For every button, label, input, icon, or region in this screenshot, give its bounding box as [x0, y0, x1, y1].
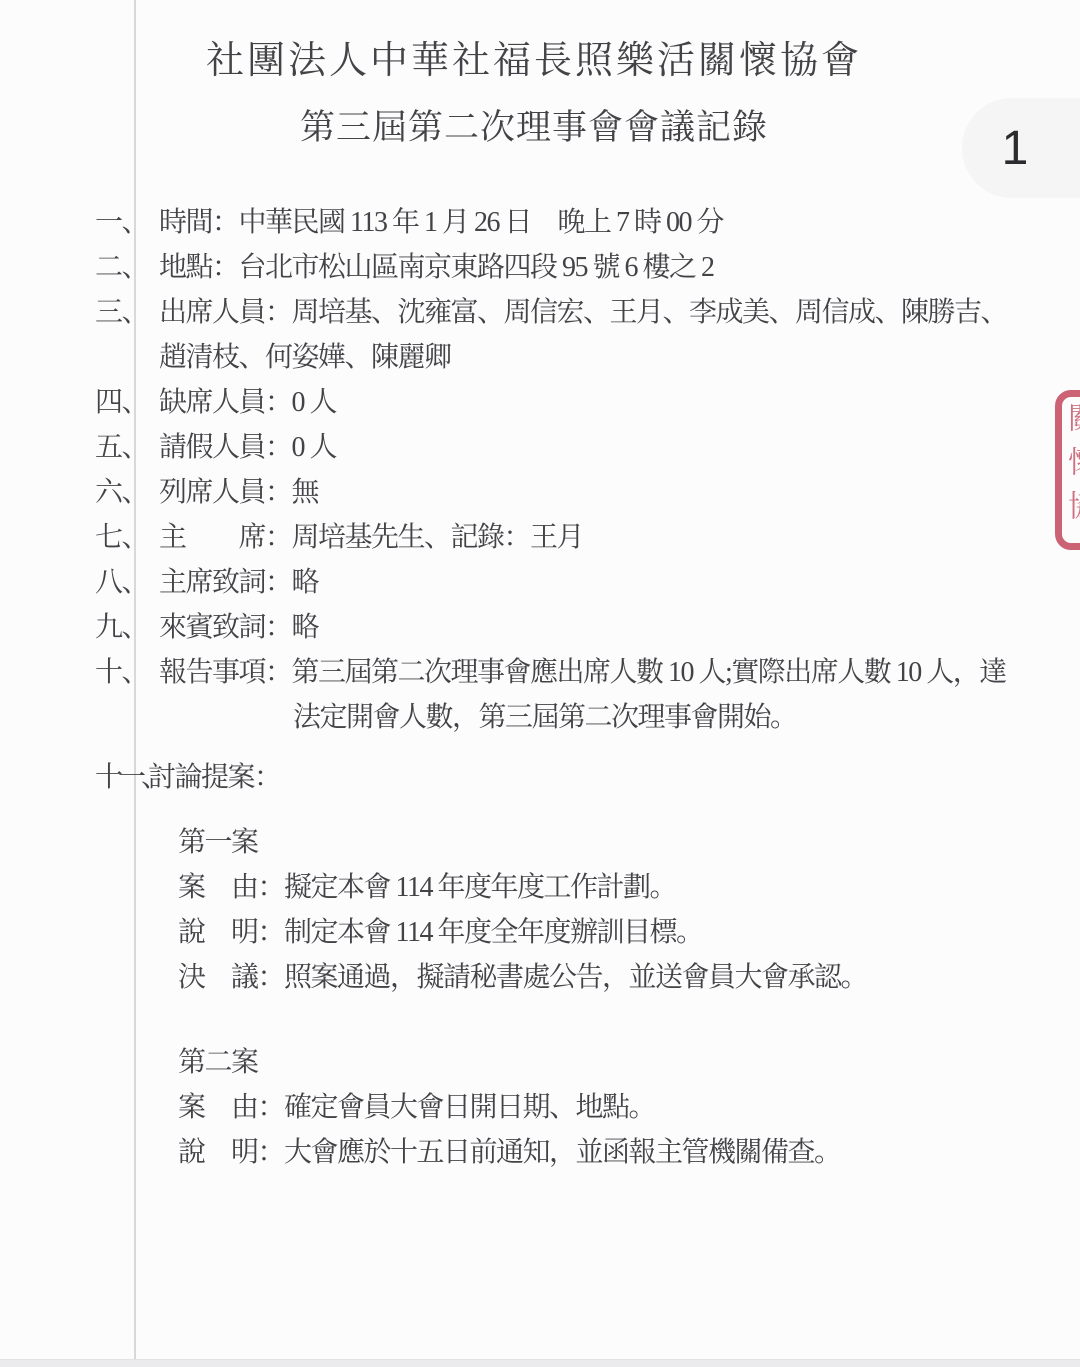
- list-item: 八、 主席致詞：略: [95, 560, 1055, 605]
- item-text: 討論提案：: [148, 755, 281, 800]
- item-text: 缺席人員：0 人: [159, 380, 336, 425]
- item-continuation: 法定開會人數，第三屆第二次理事會開始。: [95, 695, 1055, 740]
- stamp-text: 關懷協: [1064, 402, 1080, 534]
- page-number-badge: 1: [962, 98, 1080, 198]
- list-item: 五、 請假人員：0 人: [95, 425, 1055, 470]
- item-number: 四、: [95, 380, 159, 425]
- item-text: 來賓致詞：略: [159, 605, 318, 650]
- item-text: 地點：台北市松山區南京東路四段 95 號 6 樓之 2: [159, 245, 714, 290]
- item-number: 九、: [95, 605, 159, 650]
- list-item: 九、 來賓致詞：略: [95, 605, 1055, 650]
- proposal-heading: 第一案: [178, 820, 867, 865]
- item-text: 主席致詞：略: [159, 560, 318, 605]
- list-item: 二、 地點：台北市松山區南京東路四段 95 號 6 樓之 2: [95, 245, 1055, 290]
- list-item: 三、 出席人員：周培基、沈雍富、周信宏、王月、李成美、周信成、陳勝吉、: [95, 290, 1055, 335]
- red-seal-stamp: 關懷協: [1055, 390, 1080, 550]
- item-number: 二、: [95, 245, 159, 290]
- proposal-row: 說 明：制定本會 114 年度全年度辦訓目標。: [178, 910, 867, 955]
- proposal-block-1: 第一案 案 由：擬定本會 114 年度年度工作計劃。 說 明：制定本會 114 …: [178, 820, 867, 1000]
- item-number: 十、: [95, 650, 159, 695]
- proposal-row: 決 議：照案通過，擬請秘書處公告，並送會員大會承認。: [178, 955, 867, 1000]
- item-continuation: 趙清枝、何姿嬅、陳麗卿: [95, 335, 1055, 380]
- proposal-row: 案 由：擬定本會 114 年度年度工作計劃。: [178, 865, 867, 910]
- item-number: 五、: [95, 425, 159, 470]
- item-number: 六、: [95, 470, 159, 515]
- proposal-row: 案 由：確定會員大會日開日期、地點。: [178, 1085, 841, 1130]
- item-number: 三、: [95, 290, 159, 335]
- page-number: 1: [1002, 121, 1029, 176]
- item-number: 一、: [95, 200, 159, 245]
- list-item: 一、 時間：中華民國 113 年 1 月 26 日 晚上 7 時 00 分: [95, 200, 1055, 245]
- item-number: 八、: [95, 560, 159, 605]
- item-text: 主 席：周培基先生、記錄：王月: [159, 515, 583, 560]
- list-item: 十、 報告事項：第三屆第二次理事會應出席人數 10 人;實際出席人數 10 人，…: [95, 650, 1055, 695]
- list-item: 十一、 討論提案：: [95, 755, 1055, 800]
- proposal-row: 說 明：大會應於十五日前通知，並函報主管機關備查。: [178, 1130, 841, 1175]
- list-item: 六、 列席人員：無: [95, 470, 1055, 515]
- proposal-block-2: 第二案 案 由：確定會員大會日開日期、地點。 說 明：大會應於十五日前通知，並函…: [178, 1040, 841, 1175]
- item-text: 報告事項：第三屆第二次理事會應出席人數 10 人;實際出席人數 10 人，達: [159, 650, 1006, 695]
- document-title: 社團法人中華社福長照樂活關懷協會: [0, 42, 1068, 80]
- scanned-document-page: 社團法人中華社福長照樂活關懷協會 第三屆第二次理事會會議記錄 一、 時間：中華民…: [0, 0, 1080, 1367]
- list-item: 七、 主 席：周培基先生、記錄：王月: [95, 515, 1055, 560]
- document-subtitle: 第三屆第二次理事會會議記錄: [0, 110, 1068, 145]
- item-text: 請假人員：0 人: [159, 425, 336, 470]
- list-item: 四、 缺席人員：0 人: [95, 380, 1055, 425]
- item-text: 出席人員：周培基、沈雍富、周信宏、王月、李成美、周信成、陳勝吉、: [159, 290, 1007, 335]
- numbered-item-list: 一、 時間：中華民國 113 年 1 月 26 日 晚上 7 時 00 分 二、…: [95, 200, 1055, 800]
- page-bottom-edge: [0, 1359, 1080, 1367]
- proposal-heading: 第二案: [178, 1040, 841, 1085]
- item-text: 列席人員：無: [159, 470, 318, 515]
- item-number: 七、: [95, 515, 159, 560]
- item-text: 時間：中華民國 113 年 1 月 26 日 晚上 7 時 00 分: [159, 200, 723, 245]
